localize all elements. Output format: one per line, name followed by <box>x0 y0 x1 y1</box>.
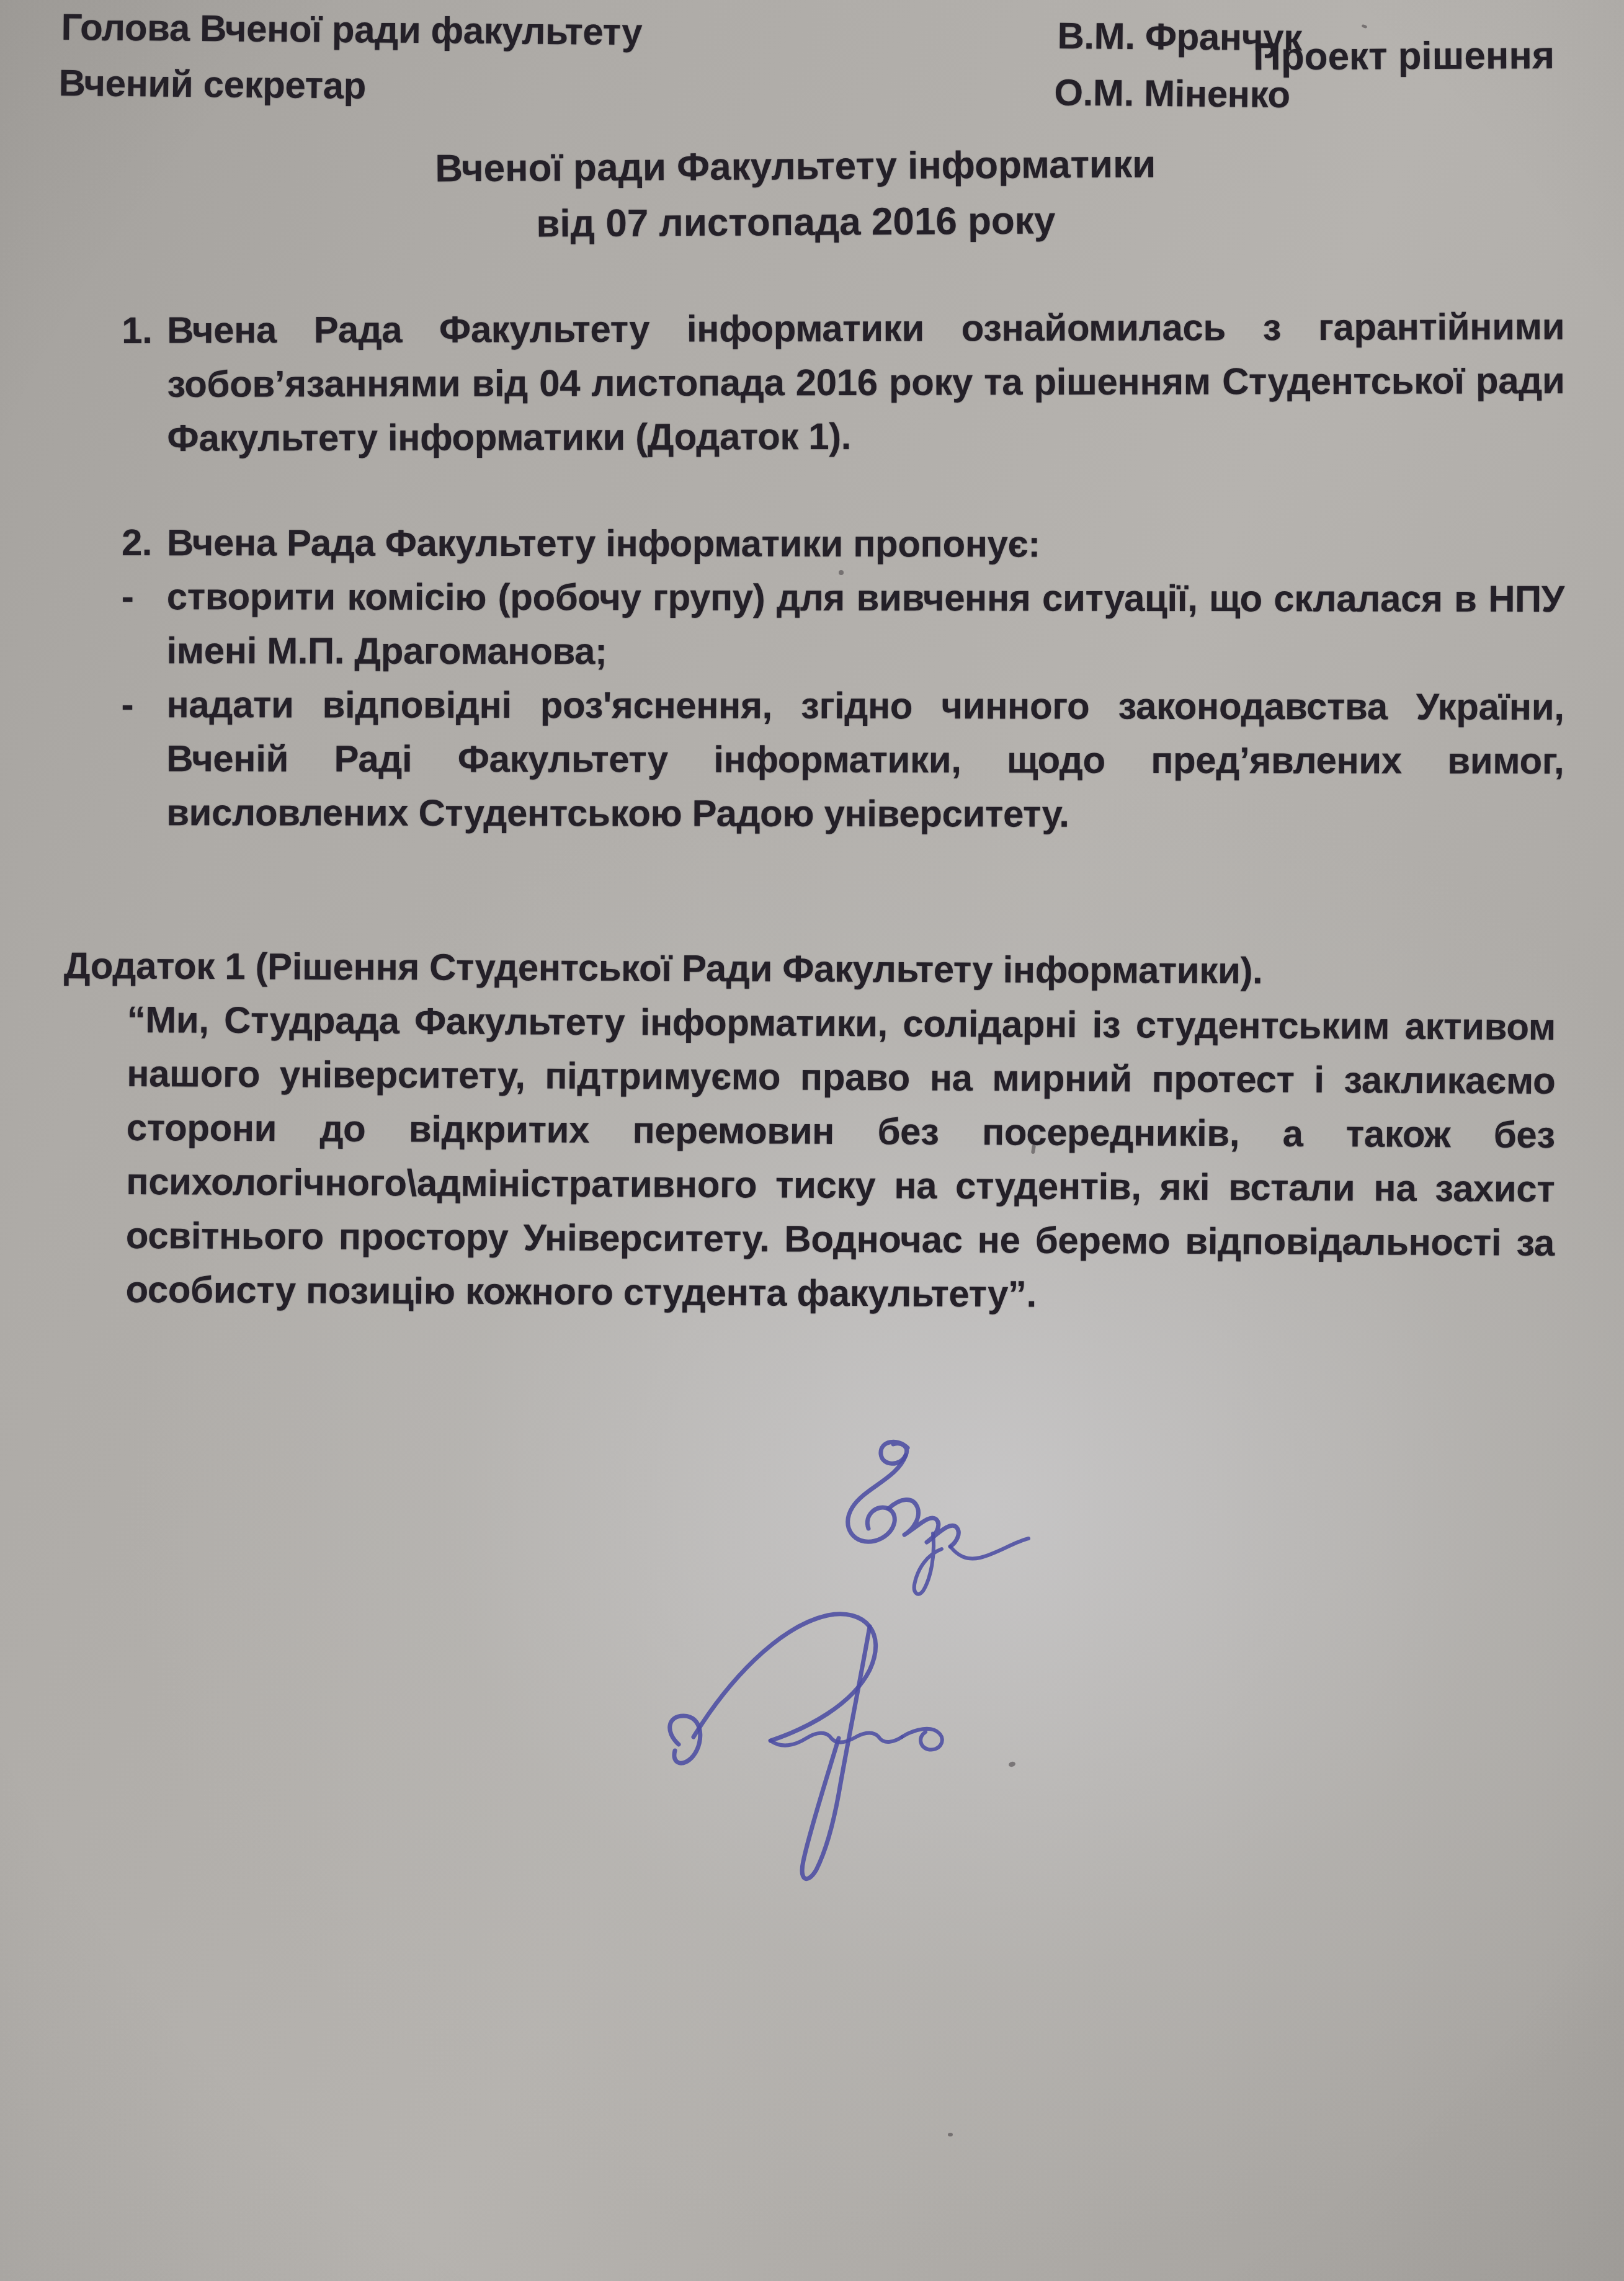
signature-role: Вчений секретар <box>58 56 366 113</box>
signature-franchuk-ink <box>800 1439 1036 1607</box>
decision-item-2-with-bullets: 2. Вчена Рада Факультету інформатики про… <box>121 516 1564 842</box>
signature-name: В.М. Франчук <box>1057 9 1302 65</box>
appendix-quote-text: “Ми, Студрада Факультету інформатики, со… <box>125 993 1556 1324</box>
decision-item-1: 1. Вчена Рада Факультету інформатики озн… <box>122 300 1565 465</box>
dust-speck <box>1008 1761 1016 1768</box>
dust-speck <box>839 570 844 575</box>
document-title: Вченої ради Факультету інформатики від 0… <box>0 134 1591 256</box>
bullet-text: надати відповідні роз'яснення, згідно чи… <box>166 677 1564 842</box>
dust-speck <box>948 2133 953 2136</box>
item-text: Вчена Рада Факультету інформатики ознайо… <box>167 300 1565 465</box>
bullet-marker: - <box>121 677 166 839</box>
photographed-document-sheet: Проект рішення Вченої ради Факультету ін… <box>0 0 1624 2281</box>
item-number: 1. <box>122 303 167 465</box>
title-line-2: від 07 листопада 2016 року <box>1 190 1592 256</box>
appendix-heading: Додаток 1 (Рішення Студентської Ради Фак… <box>64 939 1564 999</box>
signature-name: О.М. Міненко <box>1054 65 1290 122</box>
item-number: 2. <box>122 516 167 569</box>
signature-minenko-ink <box>639 1588 999 1911</box>
bullet-text: створити комісію (робочу групу) для вивч… <box>167 569 1564 680</box>
item-text: Вчена Рада Факультету інформатики пропон… <box>167 516 1564 572</box>
title-line-1: Вченої ради Факультету інформатики <box>0 134 1591 200</box>
signature-role: Голова Вченої ради факультету <box>61 0 642 59</box>
bullet-marker: - <box>122 569 167 677</box>
